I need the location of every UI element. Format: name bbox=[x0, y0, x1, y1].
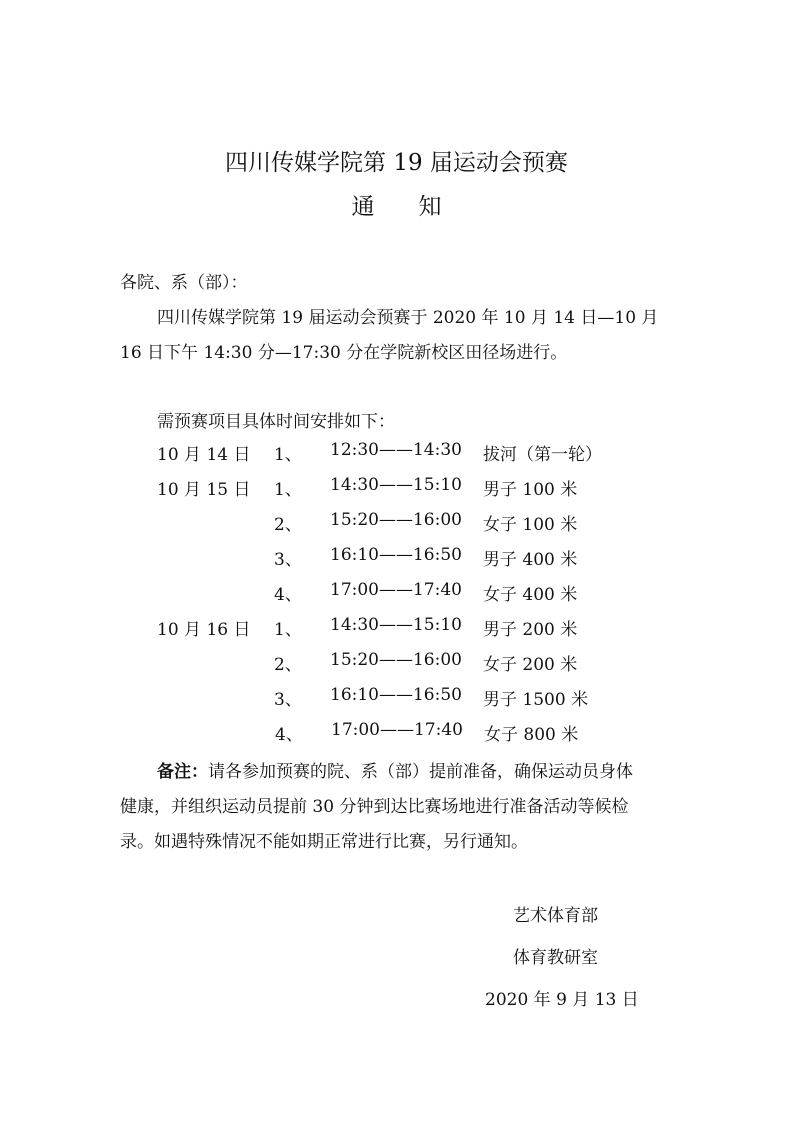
table-row: 2、 15:20——16:00 女子 200 米 bbox=[0, 650, 793, 685]
row-event: 男子 200 米 bbox=[483, 615, 577, 640]
row-number: 2、 bbox=[274, 510, 302, 535]
row-number: 3、 bbox=[274, 545, 302, 570]
row-time: 17:00——17:40 bbox=[331, 720, 463, 740]
row-event: 女子 200 米 bbox=[483, 650, 577, 675]
row-number: 1、 bbox=[274, 440, 302, 465]
row-number: 3、 bbox=[274, 685, 302, 710]
row-event: 女子 800 米 bbox=[484, 720, 578, 745]
row-number: 1、 bbox=[274, 475, 302, 500]
row-time: 16:10——16:50 bbox=[330, 685, 462, 705]
signature-date: 2020 年 9 月 13 日 bbox=[485, 983, 639, 1018]
row-time: 16:10——16:50 bbox=[330, 545, 462, 565]
row-time: 15:20——16:00 bbox=[330, 650, 462, 670]
table-row: 3、 16:10——16:50 男子 1500 米 bbox=[0, 685, 793, 720]
table-row: 10 月 14 日 1、 12:30——14:30 拔河（第一轮） bbox=[0, 440, 793, 475]
row-event: 男子 400 米 bbox=[483, 545, 577, 570]
note-line-1: 备注：请各参加预赛的院、系（部）提前准备，确保运动员身体 bbox=[157, 755, 633, 790]
table-row: 4、 17:00——17:40 女子 800 米 bbox=[0, 720, 793, 755]
row-number: 1、 bbox=[274, 615, 302, 640]
document-title: 四川传媒学院第 19 届运动会预赛 bbox=[0, 144, 793, 177]
row-time: 17:00——17:40 bbox=[330, 580, 462, 600]
table-row: 10 月 16 日 1、 14:30——15:10 男子 200 米 bbox=[0, 615, 793, 650]
row-number: 4、 bbox=[275, 720, 303, 745]
row-date: 10 月 15 日 bbox=[157, 475, 250, 500]
table-row: 4、 17:00——17:40 女子 400 米 bbox=[0, 580, 793, 615]
note-line-3: 录。如遇特殊情况不能如期正常进行比赛，另行通知。 bbox=[120, 825, 528, 860]
row-number: 2、 bbox=[274, 650, 302, 675]
signature-dept-1: 艺术体育部 bbox=[513, 899, 598, 934]
intro-line-2: 16 日下午 14:30 分—17:30 分在学院新校区田径场进行。 bbox=[120, 336, 567, 371]
row-event: 男子 1500 米 bbox=[483, 685, 588, 710]
note-text-1: 请各参加预赛的院、系（部）提前准备，确保运动员身体 bbox=[208, 762, 633, 782]
row-number: 4、 bbox=[274, 580, 302, 605]
row-time: 12:30——14:30 bbox=[330, 440, 462, 460]
row-time: 14:30——15:10 bbox=[330, 475, 462, 495]
note-label: 备注： bbox=[157, 762, 208, 782]
subtitle-char-2: 知 bbox=[419, 188, 442, 221]
schedule-heading: 需预赛项目具体时间安排如下： bbox=[157, 405, 395, 440]
row-event: 女子 400 米 bbox=[483, 580, 577, 605]
intro-line-1: 四川传媒学院第 19 届运动会预赛于 2020 年 10 月 14 日—10 月 bbox=[157, 301, 658, 336]
signature-dept-2: 体育教研室 bbox=[513, 941, 598, 976]
row-time: 15:20——16:00 bbox=[330, 510, 462, 530]
row-time: 14:30——15:10 bbox=[330, 615, 462, 635]
row-event: 男子 100 米 bbox=[483, 475, 577, 500]
document-subtitle: 通知 bbox=[0, 188, 793, 221]
row-date: 10 月 14 日 bbox=[157, 440, 250, 465]
table-row: 2、 15:20——16:00 女子 100 米 bbox=[0, 510, 793, 545]
row-event: 拔河（第一轮） bbox=[483, 440, 602, 465]
note-line-2: 健康，并组织运动员提前 30 分钟到达比赛场地进行准备活动等候检 bbox=[120, 790, 628, 825]
subtitle-char-1: 通 bbox=[352, 188, 375, 221]
salutation: 各院、系（部）： bbox=[120, 266, 248, 301]
row-event: 女子 100 米 bbox=[483, 510, 577, 535]
table-row: 3、 16:10——16:50 男子 400 米 bbox=[0, 545, 793, 580]
table-row: 10 月 15 日 1、 14:30——15:10 男子 100 米 bbox=[0, 475, 793, 510]
row-date: 10 月 16 日 bbox=[157, 615, 250, 640]
